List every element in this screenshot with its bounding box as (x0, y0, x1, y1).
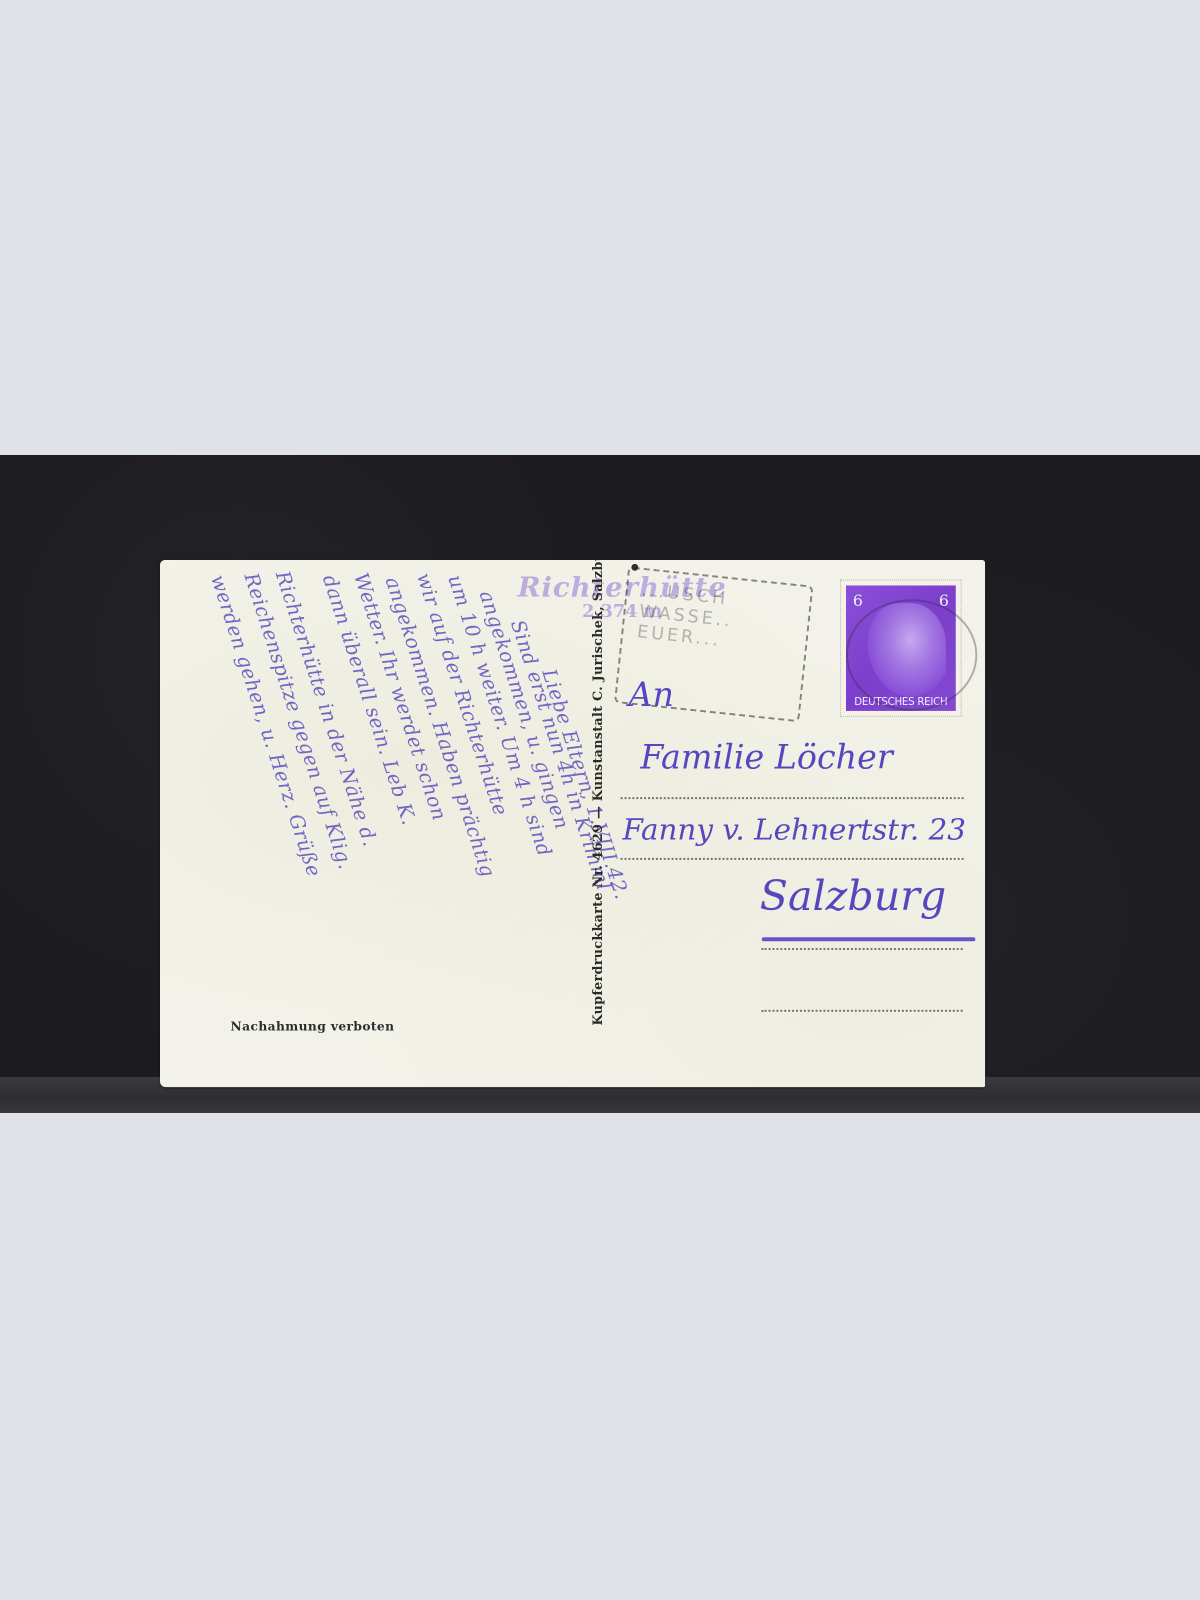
address-rule (762, 948, 963, 950)
address-salutation: An (628, 676, 674, 715)
portrait-icon (868, 603, 946, 696)
handwritten-message: Liebe Eltern, 1.VIII.42. Sind erst nun 4… (160, 560, 572, 1087)
address-street: Fanny v. Lehnertstr. 23 (623, 813, 966, 847)
postcard: Liebe Eltern, 1.VIII.42. Sind erst nun 4… (160, 560, 985, 1087)
address-rule (762, 1010, 963, 1012)
stamp-value: 6 (853, 591, 863, 610)
stamp-value: 6 (939, 591, 949, 610)
stamp-label: DEUTSCHES REICH (846, 696, 956, 708)
address-rule (621, 858, 964, 860)
address-recipient: Familie Löcher (640, 738, 893, 777)
copyright-notice: Nachahmung verboten (231, 1019, 395, 1034)
postage-stamp: 6 6 DEUTSCHES REICH (840, 580, 962, 717)
address-city: Salzburg (760, 872, 946, 920)
publisher-line: Kupferdruckkarte Nr. 4629 — Kunstanstalt… (591, 560, 606, 1026)
city-underline (762, 937, 976, 941)
address-rule (621, 797, 964, 799)
